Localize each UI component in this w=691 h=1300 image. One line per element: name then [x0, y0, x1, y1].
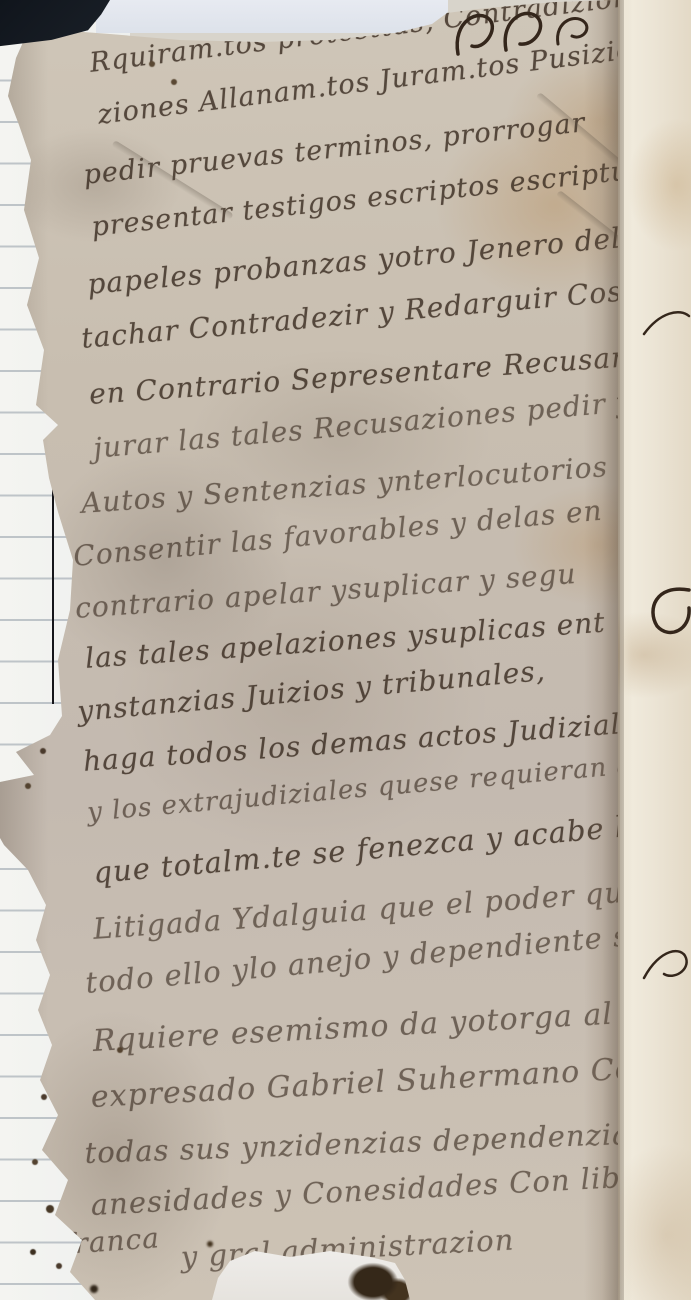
manuscript-photo: { "colors": { "ink": "#34261b", "paper":… [0, 0, 691, 1300]
page-fold-crease [584, 0, 624, 1300]
edge-speckles [0, 0, 4, 4]
ink-flourish [642, 306, 691, 340]
white-paper-strip [96, 0, 448, 33]
manuscript-line: expresado Gabriel Suhermano Con [90, 1050, 655, 1114]
ink-flourish [450, 6, 550, 61]
manuscript-line: Rquiere esemismo da yotorga al [92, 997, 614, 1059]
notebook-margin-line [52, 470, 54, 704]
manuscript-line: todas sus ynzidenzias dependenzias [84, 1116, 647, 1170]
ink-flourish [645, 582, 691, 642]
manuscript-line: anesidades y Conesidades Con libre [90, 1159, 655, 1222]
ink-flourish [640, 940, 690, 985]
